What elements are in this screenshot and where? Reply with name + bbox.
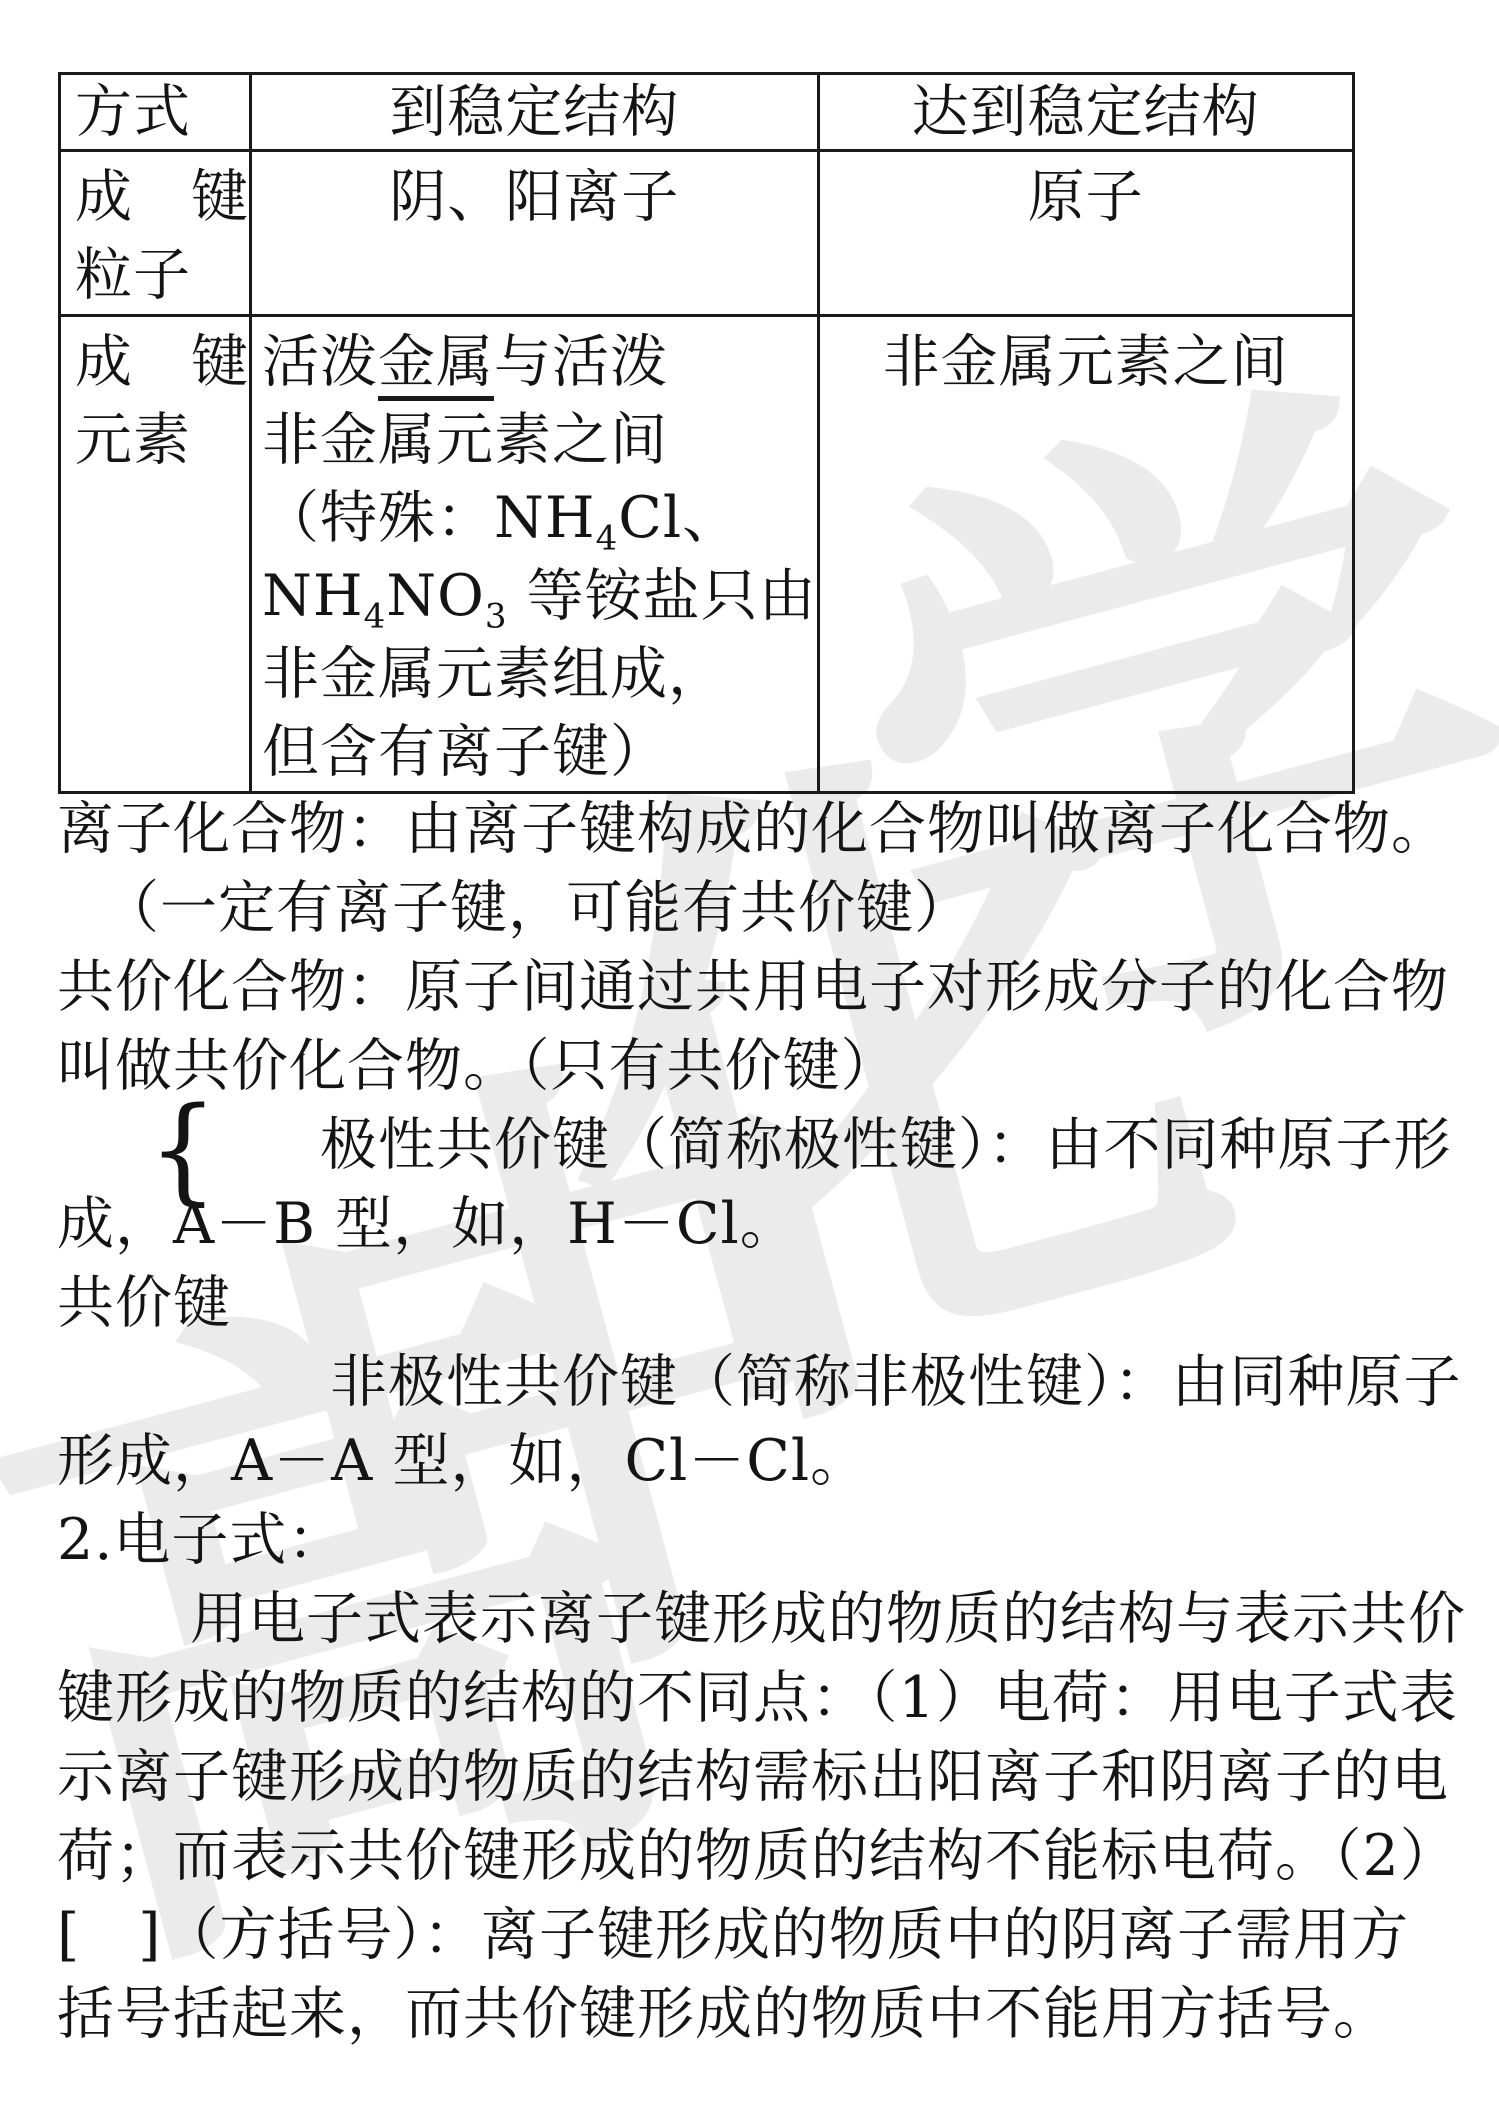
chemical-formula: NO bbox=[386, 563, 485, 629]
chemical-formula: NH bbox=[494, 485, 596, 551]
cell-elements-covalent: 非金属元素之间 bbox=[818, 316, 1353, 793]
elements-ionic-line2: 非金属元素之间 bbox=[262, 401, 817, 479]
text-segment: 与活泼 bbox=[494, 329, 668, 395]
row-label-elements: 成 键 元素 bbox=[60, 316, 251, 793]
subscript: 4 bbox=[596, 518, 619, 558]
row-label-line: 元素 bbox=[75, 401, 249, 479]
text-line: 用电子式表示离子键形成的物质的结构与表示共价 bbox=[57, 1580, 1466, 1659]
header-cell-method: 方式 bbox=[60, 74, 251, 151]
page-container: 高 中 化 学 方式 到稳定结构 达到稳定结构 成 键 粒子 阴、阳离子 原子 … bbox=[0, 0, 1499, 2121]
text-line: 共价键 bbox=[57, 1264, 1466, 1343]
elements-ionic-line5: 非金属元素组成， bbox=[262, 635, 817, 713]
underlined-metal-text: 金属 bbox=[378, 329, 494, 401]
text-segment: （特殊： bbox=[262, 485, 494, 551]
header-cell-covalent: 达到稳定结构 bbox=[818, 74, 1353, 151]
text-segment: 等铵盐只由 bbox=[507, 563, 816, 629]
row-label-particles: 成 键 粒子 bbox=[60, 151, 251, 316]
cell-elements-ionic: 活泼金属与活泼 非金属元素之间 （特殊：NH4Cl、 NH4NO3 等铵盐只由 … bbox=[251, 316, 819, 793]
text-line: [ ]（方括号）：离子键形成的物质中的阴离子需用方 bbox=[57, 1896, 1466, 1975]
text-segment: Cl、 bbox=[618, 485, 740, 551]
header-cell-ionic: 到稳定结构 bbox=[251, 74, 819, 151]
text-line: 非极性共价键（简称非极性键）：由同种原子 bbox=[57, 1343, 1466, 1422]
body-text: 离子化合物：由离子键构成的化合物叫做离子化合物。 （一定有离子键，可能有共价键）… bbox=[57, 790, 1466, 2054]
table-row-bonding-elements: 成 键 元素 活泼金属与活泼 非金属元素之间 （特殊：NH4Cl、 NH4NO3… bbox=[60, 316, 1354, 793]
subscript: 4 bbox=[364, 596, 387, 636]
text-line: 共价化合物：原子间通过共用电子对形成分子的化合物 bbox=[57, 948, 1466, 1027]
elements-ionic-line3: （特殊：NH4Cl、 bbox=[262, 479, 817, 557]
text-line: （一定有离子键，可能有共价键） bbox=[57, 869, 1466, 948]
text-segment: 活泼 bbox=[262, 329, 378, 395]
elements-ionic-line4: NH4NO3 等铵盐只由 bbox=[262, 557, 817, 635]
row-label-line: 粒子 bbox=[75, 236, 249, 314]
text-line: 成，A－B 型，如，H－Cl。 bbox=[57, 1185, 1466, 1264]
text-line: 形成，A－A 型，如，Cl－Cl。 bbox=[57, 1422, 1466, 1501]
table-row-bonding-particles: 成 键 粒子 阴、阳离子 原子 bbox=[60, 151, 1354, 316]
chemical-formula: NH bbox=[262, 563, 364, 629]
subscript: 3 bbox=[485, 596, 508, 636]
elements-ionic-line1: 活泼金属与活泼 bbox=[262, 323, 817, 401]
table-header-row: 方式 到稳定结构 达到稳定结构 bbox=[60, 74, 1354, 151]
text-line: 示离子键形成的物质的结构需标出阳离子和阴离子的电 bbox=[57, 1738, 1466, 1817]
row-label-line: 成 键 bbox=[75, 158, 249, 236]
text-line: 极性共价键（简称极性键）：由不同种原子形 bbox=[57, 1106, 1466, 1185]
text-line: 荷；而表示共价键形成的物质的结构不能标电荷。（2） bbox=[57, 1817, 1466, 1896]
cell-particles-covalent: 原子 bbox=[818, 151, 1353, 316]
text-line: 叫做共价化合物。（只有共价键） bbox=[57, 1027, 1466, 1106]
text-line: 离子化合物：由离子键构成的化合物叫做离子化合物。 bbox=[57, 790, 1466, 869]
text-line: 括号括起来，而共价键形成的物质中不能用方括号。 bbox=[57, 1975, 1466, 2054]
elements-ionic-line6: 但含有离子键） bbox=[262, 713, 817, 791]
bonding-comparison-table: 方式 到稳定结构 达到稳定结构 成 键 粒子 阴、阳离子 原子 成 键 元素 活… bbox=[58, 72, 1355, 794]
text-line: 2.电子式： bbox=[57, 1501, 1466, 1580]
row-label-line: 成 键 bbox=[75, 323, 249, 401]
text-line: 键形成的物质的结构的不同点：（1）电荷：用电子式表 bbox=[57, 1659, 1466, 1738]
cell-particles-ionic: 阴、阳离子 bbox=[251, 151, 819, 316]
